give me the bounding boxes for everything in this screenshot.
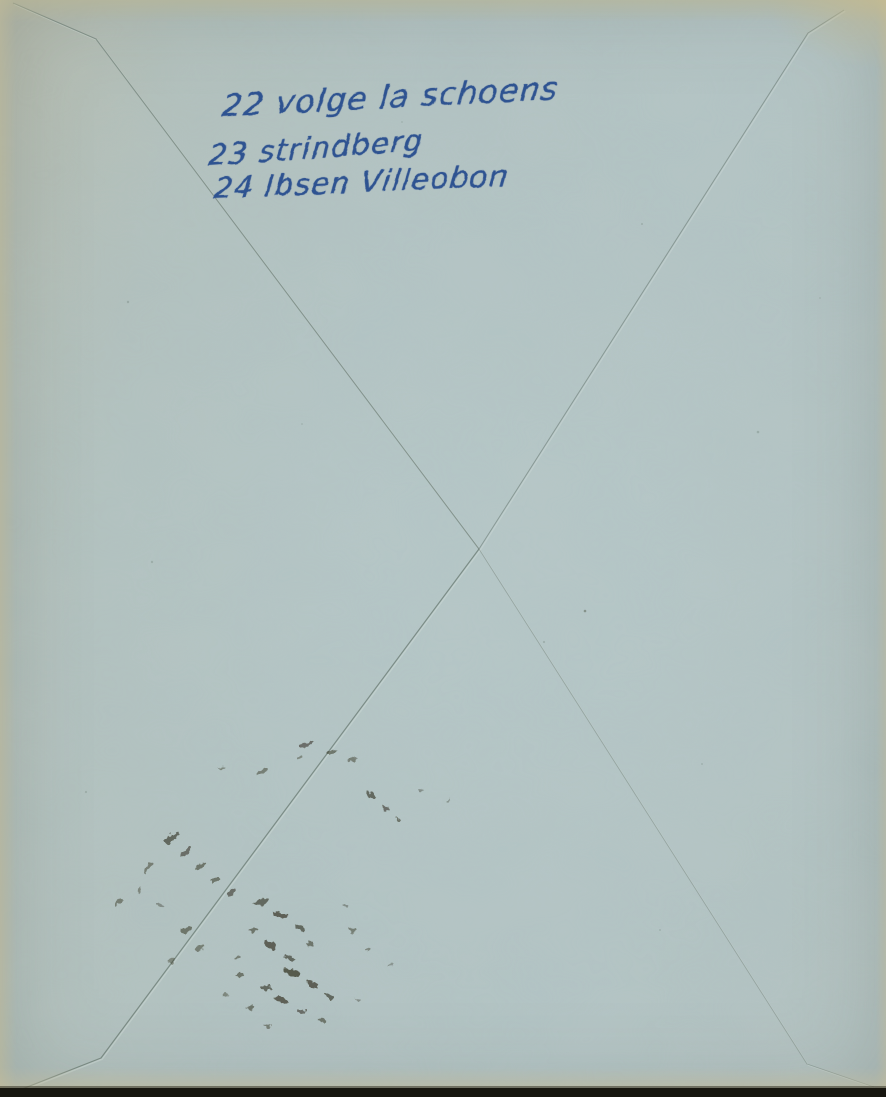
envelope-back-photo: 22 volge la schoens 23 strindberg 24 Ibs…: [0, 0, 886, 1097]
